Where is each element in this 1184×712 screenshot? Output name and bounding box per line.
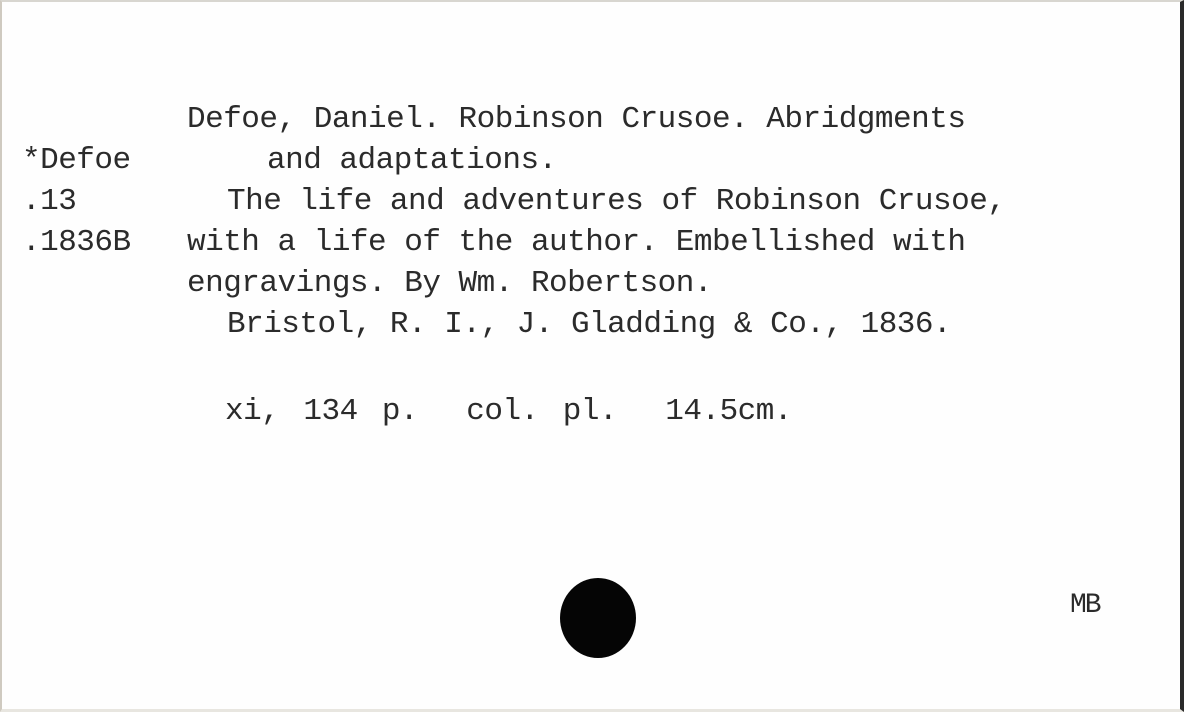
call-number-line: .1836B [22, 222, 131, 263]
heading-line-1: Defoe, Daniel. Robinson Crusoe. Abridgme… [187, 99, 1147, 140]
library-initials: MB [1070, 585, 1100, 626]
title-line-3: engravings. By Wm. Robertson. [187, 263, 1147, 304]
catalog-card: *Defoe .13 .1836B Defoe, Daniel. Robinso… [0, 0, 1184, 712]
imprint: Bristol, R. I., J. Gladding & Co., 1836. [187, 304, 1147, 345]
punch-hole-icon [560, 578, 636, 658]
call-number-line: .13 [22, 181, 131, 222]
call-number: *Defoe .13 .1836B [22, 140, 131, 263]
call-number-line: *Defoe [22, 140, 131, 181]
collation: xi, 134 p. col. pl. 14.5cm. [225, 391, 792, 432]
title-line-1: The life and adventures of Robinson Crus… [187, 181, 1147, 222]
bibliographic-entry: Defoe, Daniel. Robinson Crusoe. Abridgme… [187, 99, 1147, 345]
heading-line-2: and adaptations. [187, 140, 1147, 181]
title-line-2: with a life of the author. Embellished w… [187, 222, 1147, 263]
